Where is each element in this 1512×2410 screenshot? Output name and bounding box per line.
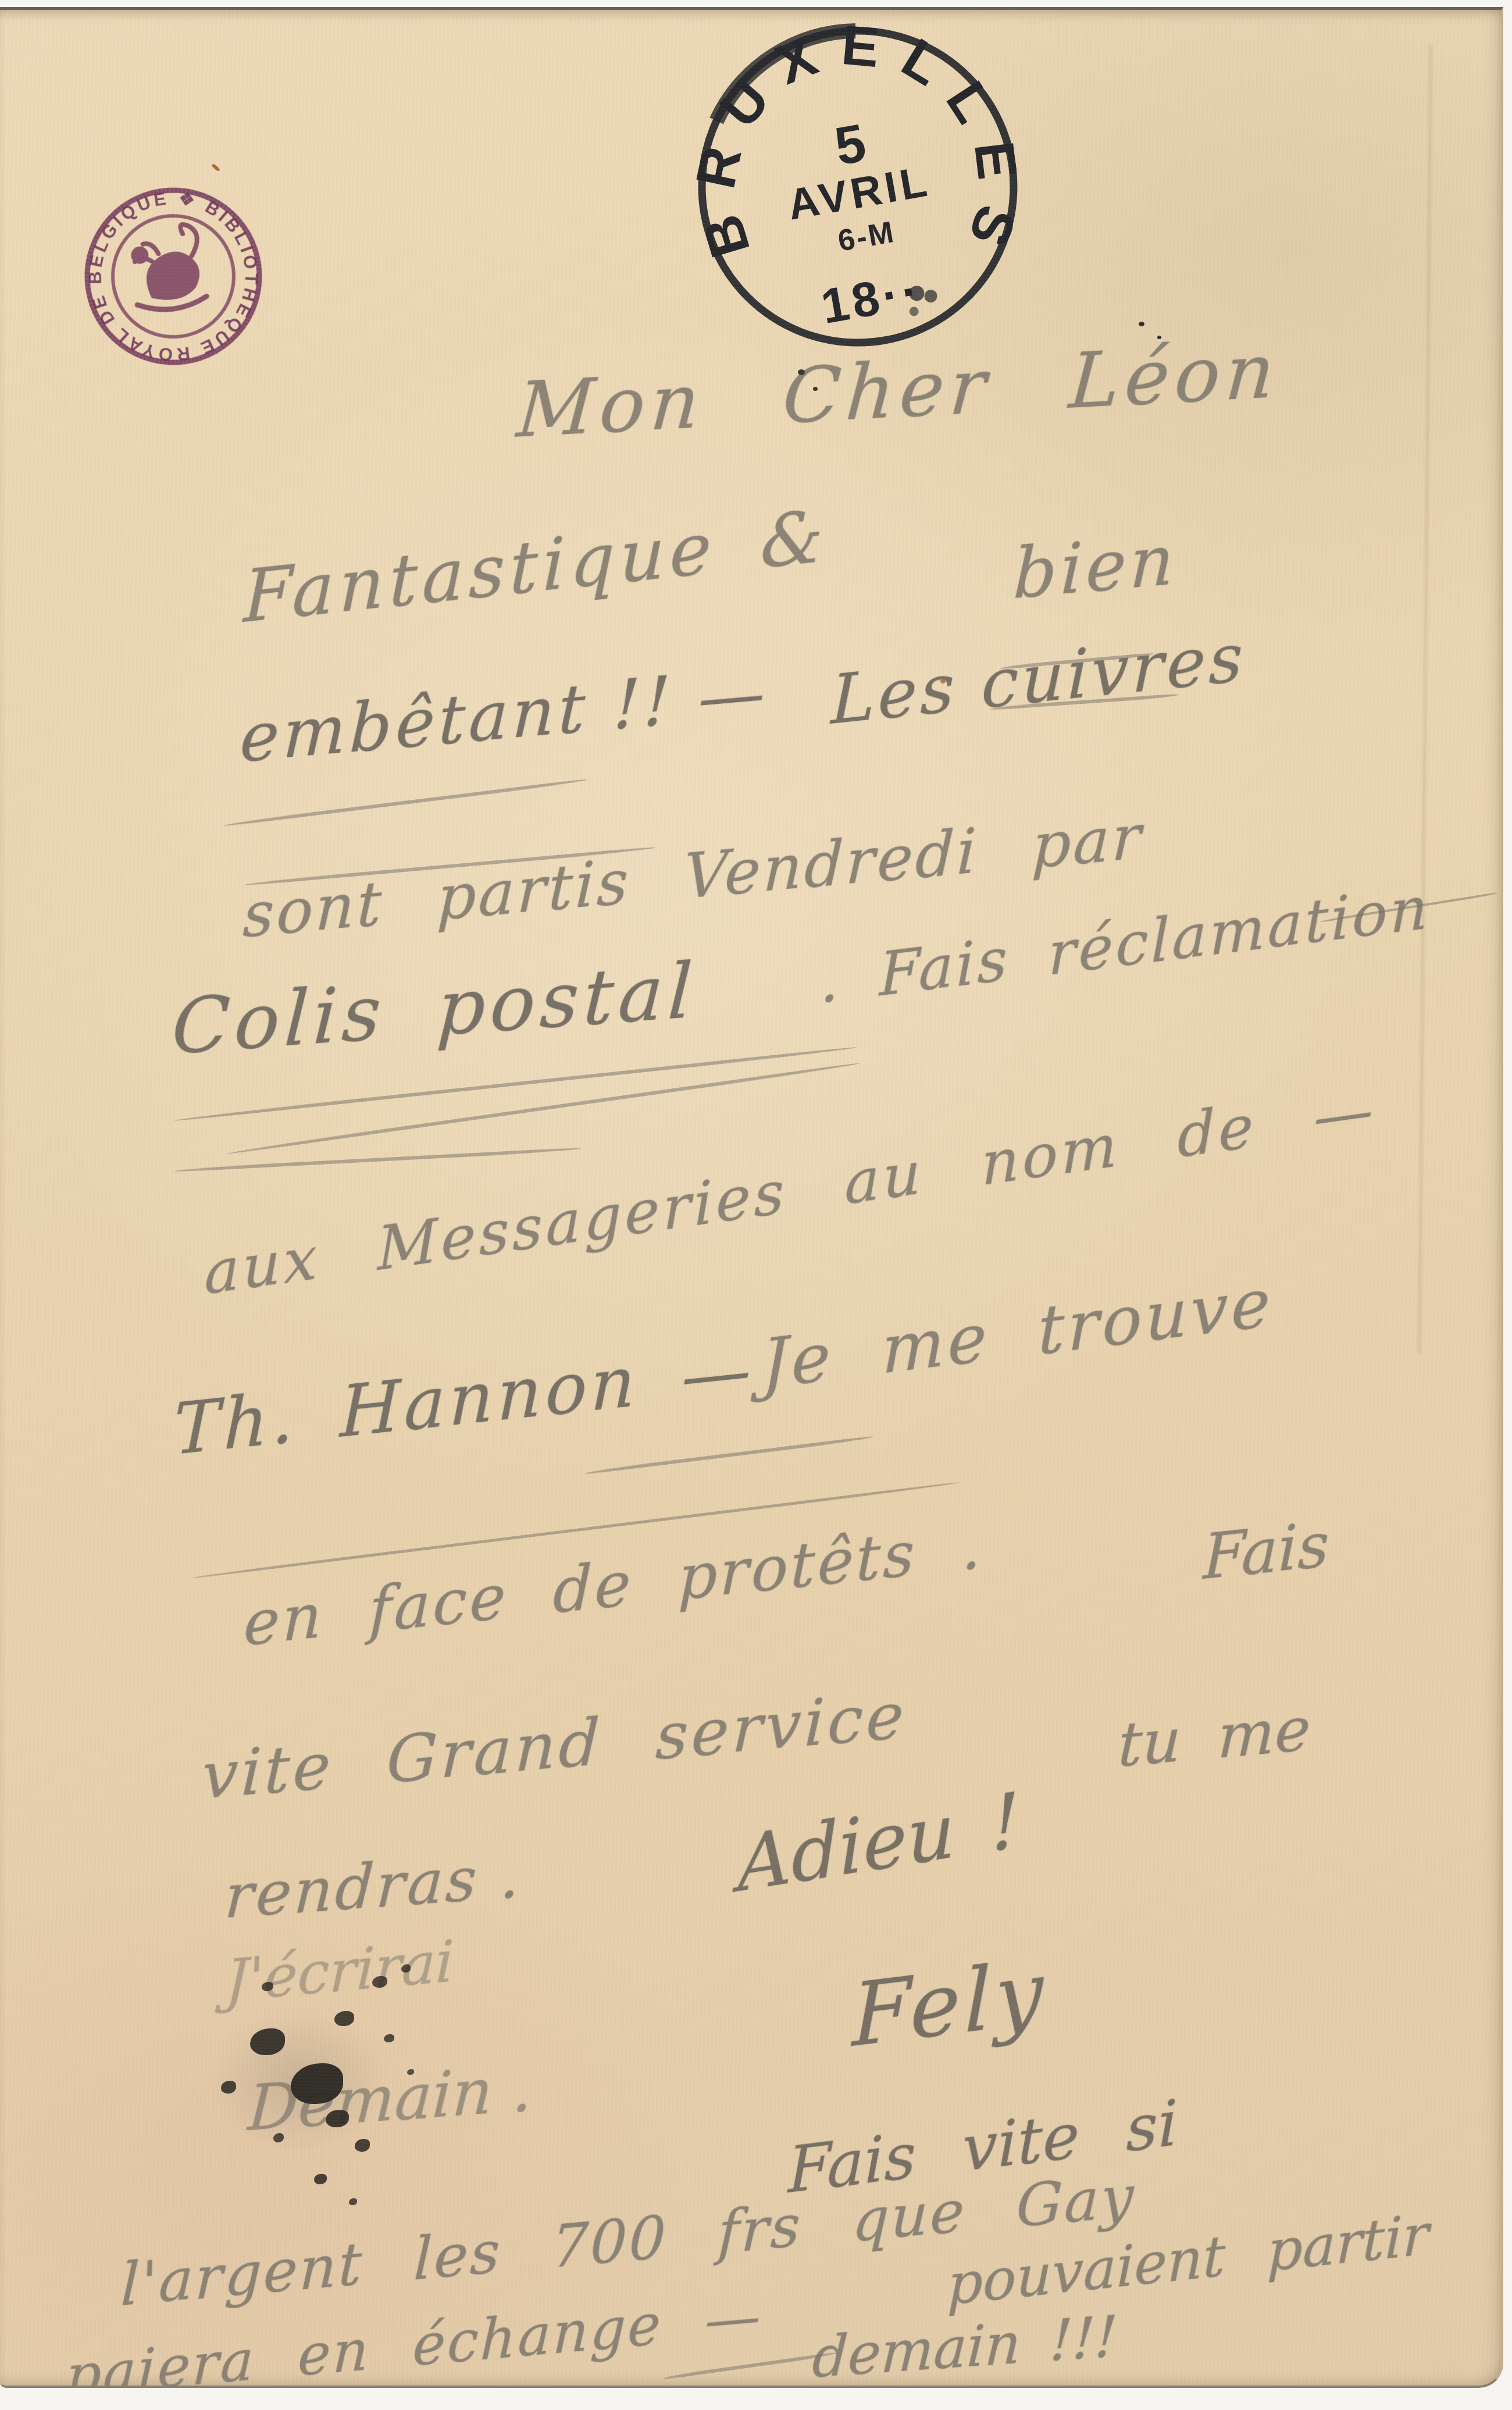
handwriting-line: demain !!! <box>811 2304 1119 2388</box>
library-stamp: DE BELGIQUE ❖ BIBLIOTHEQUE ROYALE <box>68 171 278 381</box>
pencil-stroke-dash <box>663 2352 836 2380</box>
handwriting-line: Les cuivres <box>830 618 1247 740</box>
paper-speck <box>211 163 220 172</box>
handwriting-line: . Fais réclamation <box>820 873 1430 1017</box>
handwriting-line: Fais <box>1203 1508 1330 1593</box>
ink-blot <box>314 2174 327 2184</box>
handwriting-line: Fantastique & <box>243 494 829 639</box>
postmark-year-smudge <box>923 289 938 303</box>
paper-speck <box>1139 322 1144 326</box>
pencil-stroke-colis-underline <box>174 1147 581 1172</box>
handwriting-line: embêtant !! — <box>238 653 770 777</box>
pencil-stroke-dash <box>584 1436 873 1475</box>
handwriting-line: Th. Hannon — <box>173 1329 755 1471</box>
belgian-lion-emblem-icon <box>127 223 208 314</box>
paper-speck <box>813 387 818 391</box>
ink-blot <box>349 2198 357 2205</box>
postmark-stamp: BRUXELLES 5 AVRIL 6-M 18·· <box>660 12 1055 385</box>
handwriting-line: Adieu ! <box>736 1775 1022 1909</box>
pencil-stroke-colis-underline <box>227 1062 861 1155</box>
handwriting-line: rendras . <box>223 1840 524 1932</box>
handwriting-line: bien <box>1012 519 1179 614</box>
paper-speck <box>798 369 805 375</box>
paper-speck <box>1157 336 1161 339</box>
postcard-paper: BRUXELLES 5 AVRIL 6-M 18·· DE BELGIQUE ❖… <box>0 7 1503 2388</box>
handwriting-line: vite Grand service <box>201 1677 908 1814</box>
scan-background: BRUXELLES 5 AVRIL 6-M 18·· DE BELGIQUE ❖… <box>0 0 1512 2410</box>
handwriting-signature: Fely <box>852 1942 1047 2066</box>
paper-speck <box>940 679 946 684</box>
handwriting-line: Colis postal <box>170 946 699 1071</box>
handwriting-line: Je me trouve <box>762 1263 1273 1404</box>
postmark-time-text: 6-M <box>836 215 898 258</box>
handwriting-line: en face de protêts . <box>243 1510 984 1660</box>
paper-crease <box>1418 45 1432 1354</box>
handwriting-line: tu me <box>1117 1693 1312 1781</box>
pencil-stroke-swash <box>224 778 588 827</box>
postmark-year-text: 18·· <box>817 262 926 334</box>
